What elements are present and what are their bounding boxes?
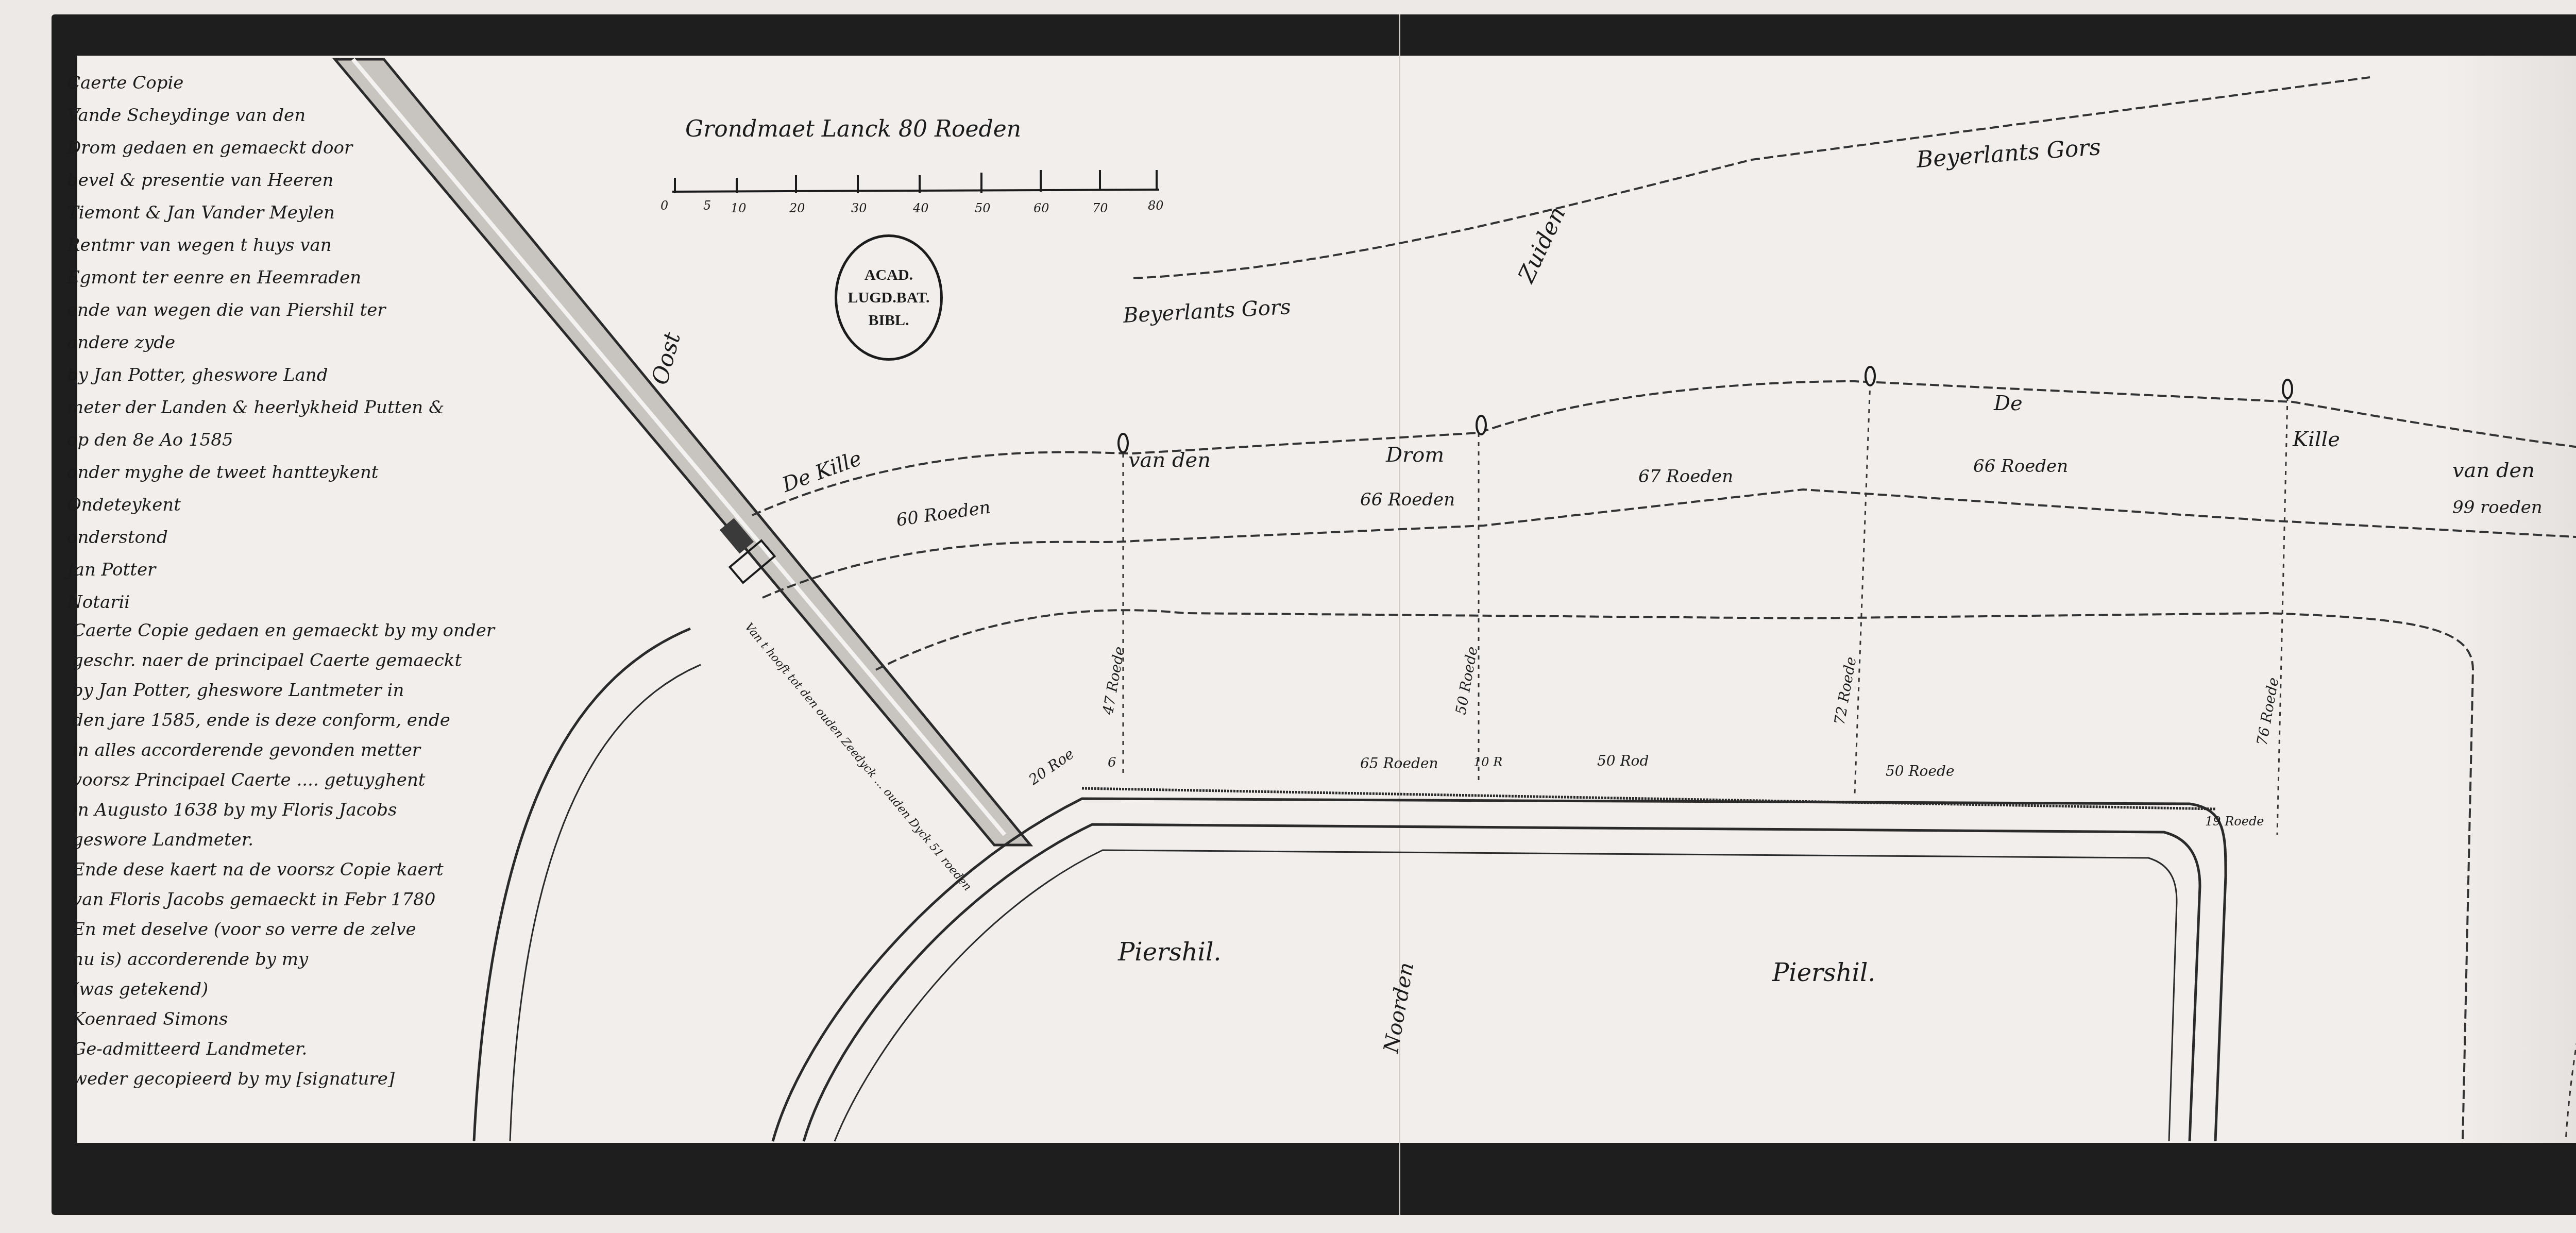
measure-bottom-2: 6	[1108, 755, 1116, 770]
note-line: by Jan Potter, gheswore Lantmeter in	[72, 675, 639, 705]
wieling-channel-line	[2566, 670, 2576, 1141]
note-line: meter der Landen & heerlykheid Putten &	[67, 392, 582, 424]
note-line: ende van wegen die van Piershil ter	[67, 294, 582, 327]
note-line: weder gecopieerd by my [signature]	[72, 1064, 639, 1094]
note-line: (was getekend)	[72, 974, 639, 1004]
note-line: Caerte Copie gedaen en gemaeckt by my on…	[72, 616, 639, 646]
note-line: in alles accorderende gevonden metter	[72, 735, 639, 765]
stamp-line-1: ACAD.	[865, 264, 913, 286]
library-stamp: ACAD. LUGD.BAT. BIBL.	[835, 234, 943, 361]
note-line: onder myghe de tweet hantteykent	[67, 457, 582, 489]
note-line: Ondeteykent	[67, 489, 582, 521]
note-line: Koenraed Simons	[72, 1004, 639, 1034]
measure-bottom-7: 19 Roede	[2205, 814, 2264, 829]
note-line: bevel & presentie van Heeren	[67, 164, 582, 197]
note-line: voorsz Principael Caerte .... getuyghent	[72, 765, 639, 795]
note-line: Drom gedaen en gemaeckt door	[67, 132, 582, 164]
note-line: van Floris Jacobs gemaeckt in Febr 1780	[72, 885, 639, 915]
scale-tick-0: 0	[660, 198, 668, 213]
scale-tick-10: 10	[731, 201, 747, 215]
note-line: Ge-admitteerd Landmeter.	[72, 1034, 639, 1064]
note-line: nu is) accorderende by my	[72, 944, 639, 974]
note-line: Vande Scheydinge van den	[67, 99, 582, 132]
note-line: En met deselve (voor so verre de zelve	[72, 915, 639, 944]
measure-bottom-5: 50 Rod	[1597, 752, 1649, 769]
note-line: in Augusto 1638 by my Floris Jacobs	[72, 795, 639, 825]
label-de-2: De	[1994, 392, 2023, 415]
scale-tick-30: 30	[851, 201, 867, 215]
note-line: Caerte Copie	[67, 67, 582, 99]
note-line: Tiemont & Jan Vander Meylen	[67, 197, 582, 229]
note-line: Ende dese kaert na de voorsz Copie kaert	[72, 855, 639, 885]
notes-bottom: Caerte Copie gedaen en gemaeckt by my on…	[72, 616, 639, 1094]
survey-stake-icons	[1118, 367, 2576, 452]
note-line: den jare 1585, ende is deze conform, end…	[72, 705, 639, 735]
note-line: by Jan Potter, gheswore Land	[67, 359, 582, 392]
scale-tick-70: 70	[1092, 201, 1108, 215]
measure-strip-3: 67 Roeden	[1638, 466, 1733, 487]
strip-boundaries	[752, 77, 2576, 1141]
scale-bar-title: Grondmaet Lanck 80 Roeden	[685, 116, 1021, 142]
scale-tick-40: 40	[913, 201, 929, 215]
label-kille-2: Kille	[2293, 428, 2340, 451]
measure-bottom-4: 10 R	[1473, 755, 1502, 769]
measure-lines	[1123, 381, 2287, 835]
measure-strip-4: 66 Roeden	[1973, 456, 2068, 477]
notes-top: Caerte Copie Vande Scheydinge van den Dr…	[67, 67, 582, 619]
measure-bottom-3: 65 Roeden	[1360, 755, 1438, 772]
scale-tick-80: 80	[1148, 198, 1164, 213]
scale-tick-60: 60	[1033, 201, 1049, 215]
stamp-line-3: BIBL.	[868, 309, 909, 332]
label-drom-1: Drom	[1386, 443, 1444, 467]
measure-strip-5: 99 roeden	[2452, 497, 2543, 518]
scale-tick-50: 50	[975, 201, 991, 215]
note-line: geswore Landmeter.	[72, 825, 639, 855]
note-line: Jan Potter	[67, 554, 582, 586]
label-piershil-right: Piershil.	[1772, 958, 1876, 987]
scale-tick-20: 20	[789, 201, 805, 215]
label-van-den-1: van den	[1128, 448, 1211, 472]
scale-bar	[672, 170, 1159, 193]
measure-strip-2: 66 Roeden	[1360, 489, 1455, 510]
scale-tick-5: 5	[703, 198, 711, 213]
note-line: geschr. naer de principael Caerte gemaec…	[72, 646, 639, 675]
note-line: andere zyde	[67, 327, 582, 359]
label-piershil-left: Piershil.	[1118, 938, 1222, 967]
note-line: onderstond	[67, 521, 582, 554]
measure-bottom-6: 50 Roede	[1886, 763, 1955, 780]
note-line: Rentmr van wegen t huys van	[67, 229, 582, 262]
note-line: op den 8e Ao 1585	[67, 424, 582, 457]
note-line: Egmont ter eenre en Heemraden	[67, 262, 582, 294]
note-line: Notarii	[67, 586, 582, 619]
label-van-den-2: van den	[2452, 459, 2535, 482]
stamp-line-2: LUGD.BAT.	[848, 286, 930, 309]
